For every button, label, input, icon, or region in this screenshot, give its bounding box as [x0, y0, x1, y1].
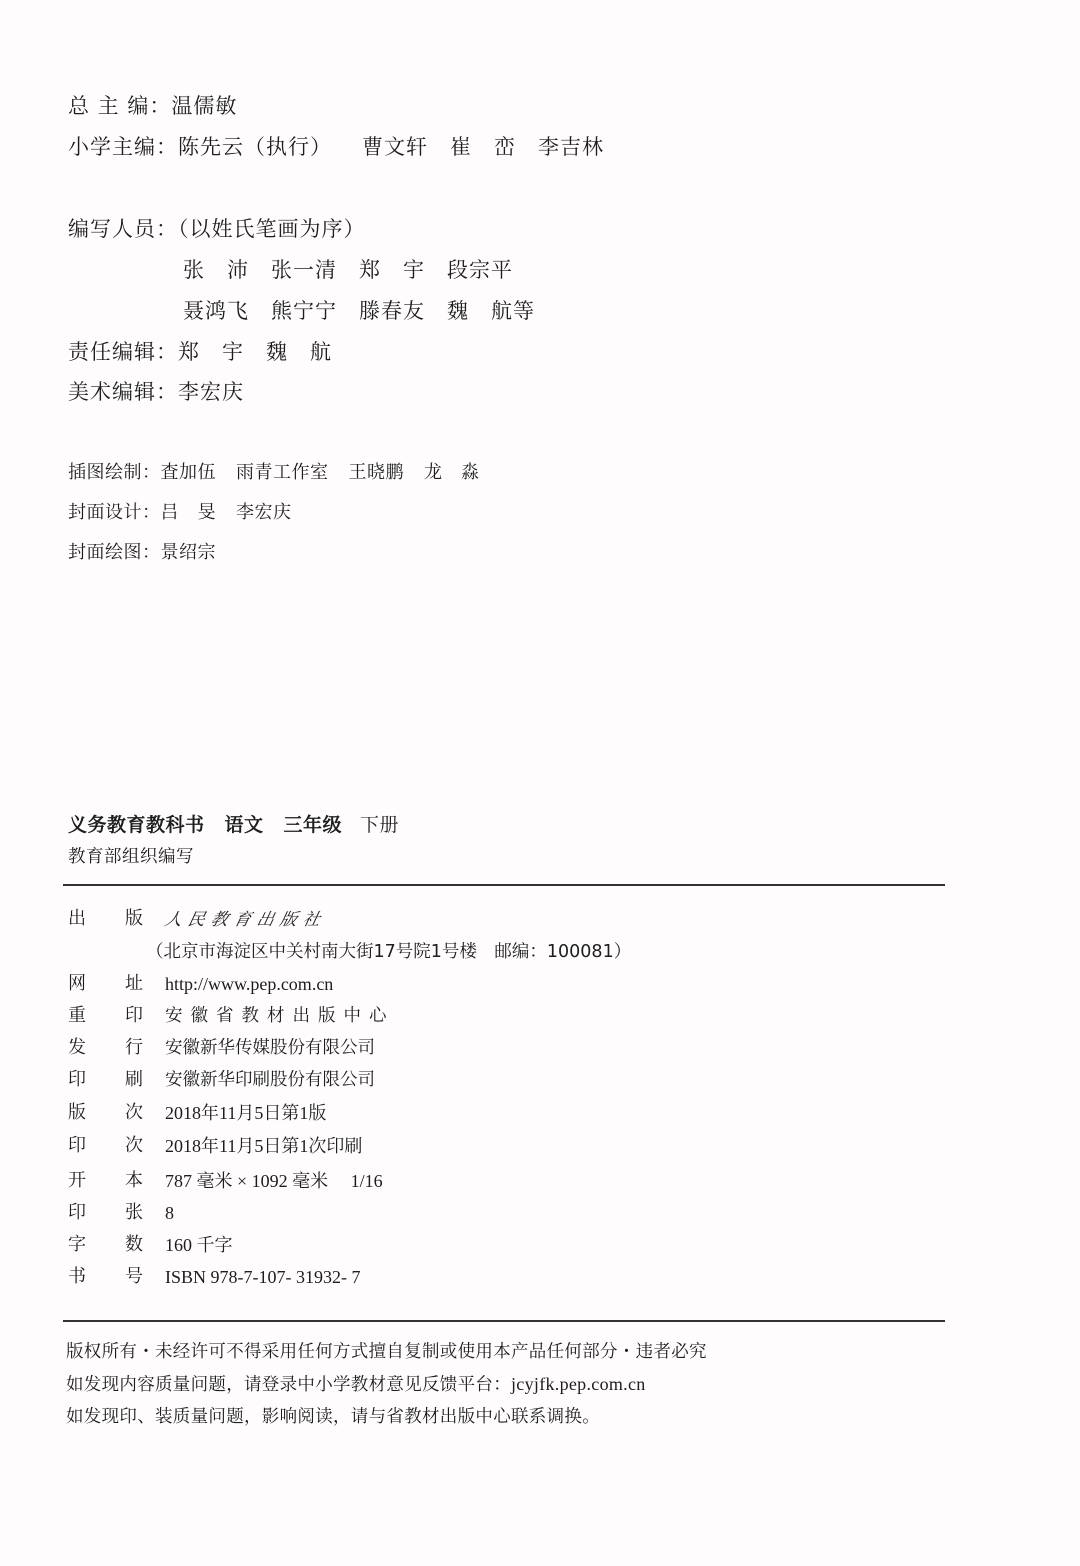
writer-name: 熊宁宁 — [271, 299, 337, 323]
responsible-editor-name: 郑 宇 — [178, 340, 244, 364]
writers-row-1: 张 沛张一清郑 宇段宗平 — [183, 254, 513, 284]
cover-drawing-label: 封面绘图： — [68, 542, 161, 563]
distribution-value: 安徽新华传媒股份有限公司 — [165, 1036, 375, 1060]
illustration-label: 插图绘制： — [68, 462, 161, 483]
colophon-key-2: 次 — [125, 1134, 143, 1158]
colophon-key-2: 版 — [125, 907, 143, 931]
colophon-key-1: 网 — [68, 972, 86, 996]
cover-drawing-line: 封面绘图：景绍宗 — [68, 538, 216, 564]
publisher-address: （北京市海淀区中关村南大街17号院1号楼 邮编：100081） — [146, 940, 631, 964]
writer-name: 段宗平 — [447, 258, 513, 282]
website-link[interactable]: http://www.pep.com.cn — [165, 972, 333, 996]
cover-designer-name: 吕 旻 — [161, 502, 217, 523]
edition-value: 2018年11月5日第1版 — [165, 1101, 326, 1125]
writer-name: 张一清 — [271, 258, 337, 282]
colophon-key-2: 张 — [125, 1201, 143, 1225]
writers-row-2: 聂鸿飞熊宁宁滕春友魏 航等 — [183, 295, 535, 325]
cover-design-line: 封面设计：吕 旻李宏庆 — [68, 498, 292, 524]
isbn-value: ISBN 978-7-107- 31932- 7 — [165, 1265, 361, 1289]
colophon-key-2: 印 — [125, 1004, 143, 1028]
writers-heading: 编写人员：（以姓氏笔画为序） — [68, 213, 366, 243]
feedback-link[interactable]: jcyjfk.pep.com.cn — [511, 1374, 646, 1394]
book-subject: 语文 — [225, 814, 264, 836]
word-count-value: 160 千字 — [165, 1233, 233, 1257]
compiled-by: 教育部组织编写 — [68, 843, 194, 868]
colophon-key-1: 版 — [68, 1101, 86, 1125]
reprint-value: 安徽省教材出版中心 — [165, 1004, 395, 1028]
chief-editor-name: 温儒敏 — [171, 94, 237, 118]
writer-name: 郑 宇 — [359, 258, 425, 282]
illustrator-name: 王晓鹏 — [349, 462, 405, 483]
illustration-line: 插图绘制：査加伍雨青工作室王晓鹏龙 淼 — [68, 458, 480, 484]
cover-drawing-name: 景绍宗 — [161, 542, 217, 563]
illustrator-name: 査加伍 — [161, 462, 217, 483]
colophon-key-2: 本 — [125, 1169, 143, 1193]
book-volume: 下册 — [360, 814, 399, 836]
publisher-logo: 人民教育出版社 — [165, 907, 326, 932]
illustrator-name: 龙 淼 — [424, 462, 480, 483]
colophon-key-1: 字 — [68, 1233, 86, 1257]
primary-editor-name: 崔 峦 — [450, 135, 516, 159]
primary-editor-name: 曹文轩 — [362, 135, 428, 159]
cover-designer-name: 李宏庆 — [236, 502, 292, 523]
sheets-value: 8 — [165, 1201, 174, 1225]
printing-value: 安徽新华印刷股份有限公司 — [165, 1068, 375, 1092]
colophon-key-2: 刷 — [125, 1068, 143, 1092]
divider-bottom — [63, 1320, 945, 1322]
writer-name: 聂鸿飞 — [183, 299, 249, 323]
art-editor-label: 美术编辑： — [68, 380, 178, 404]
colophon-key-1: 发 — [68, 1036, 86, 1060]
responsible-editor-name: 魏 航 — [266, 340, 332, 364]
colophon-key-2: 次 — [125, 1101, 143, 1125]
writers-note: （以姓氏笔画为序） — [178, 217, 366, 241]
colophon-key-1: 印 — [68, 1201, 86, 1225]
writers-label: 编写人员： — [68, 217, 178, 241]
primary-editor-name: 李吉林 — [538, 135, 604, 159]
cover-design-label: 封面设计： — [68, 502, 161, 523]
feedback-notice: 如发现内容质量问题，请登录中小学教材意见反馈平台：jcyjfk.pep.com.… — [66, 1371, 646, 1396]
colophon-key-1: 出 — [68, 907, 86, 931]
colophon-key-1: 印 — [68, 1134, 86, 1158]
art-editor-line: 美术编辑：李宏庆 — [68, 376, 244, 406]
colophon-key-2: 行 — [125, 1036, 143, 1060]
primary-editor-label: 小学主编： — [68, 135, 178, 159]
writer-name: 滕春友 — [359, 299, 425, 323]
primary-editor-name: 陈先云（执行） — [178, 135, 332, 159]
book-series: 义务教育教科书 — [68, 814, 205, 836]
primary-editor-line: 小学主编：陈先云（执行）曹文轩崔 峦李吉林 — [68, 131, 604, 161]
feedback-text: 如发现内容质量问题，请登录中小学教材意见反馈平台： — [66, 1375, 511, 1395]
book-title-line: 义务教育教科书语文三年级下册 — [68, 810, 399, 837]
illustrator-name: 雨青工作室 — [236, 462, 329, 483]
colophon-key-1: 印 — [68, 1068, 86, 1092]
art-editor-name: 李宏庆 — [178, 380, 244, 404]
book-grade: 三年级 — [284, 814, 343, 836]
chief-editor-label: 总 主 编： — [68, 94, 171, 118]
colophon-key-1: 书 — [68, 1265, 86, 1289]
colophon-key-1: 重 — [68, 1004, 86, 1028]
impression-value: 2018年11月5日第1次印刷 — [165, 1134, 362, 1158]
format-value: 787 毫米 × 1092 毫米 1/16 — [165, 1169, 383, 1193]
writer-name: 张 沛 — [183, 258, 249, 282]
colophon-key-2: 址 — [125, 972, 143, 996]
divider-top — [63, 884, 945, 886]
copyright-notice: 版权所有・未经许可不得采用任何方式擅自复制或使用本产品任何部分・违者必究 — [66, 1338, 707, 1363]
chief-editor-line: 总 主 编：温儒敏 — [68, 90, 237, 120]
writer-name: 魏 航等 — [447, 299, 535, 323]
print-issue-notice: 如发现印、装质量问题，影响阅读，请与省教材出版中心联系调换。 — [66, 1403, 600, 1428]
colophon-key-2: 号 — [125, 1265, 143, 1289]
responsible-editor-line: 责任编辑：郑 宇魏 航 — [68, 336, 332, 366]
colophon-key-2: 数 — [125, 1233, 143, 1257]
responsible-editor-label: 责任编辑： — [68, 340, 178, 364]
colophon-key-1: 开 — [68, 1169, 86, 1193]
